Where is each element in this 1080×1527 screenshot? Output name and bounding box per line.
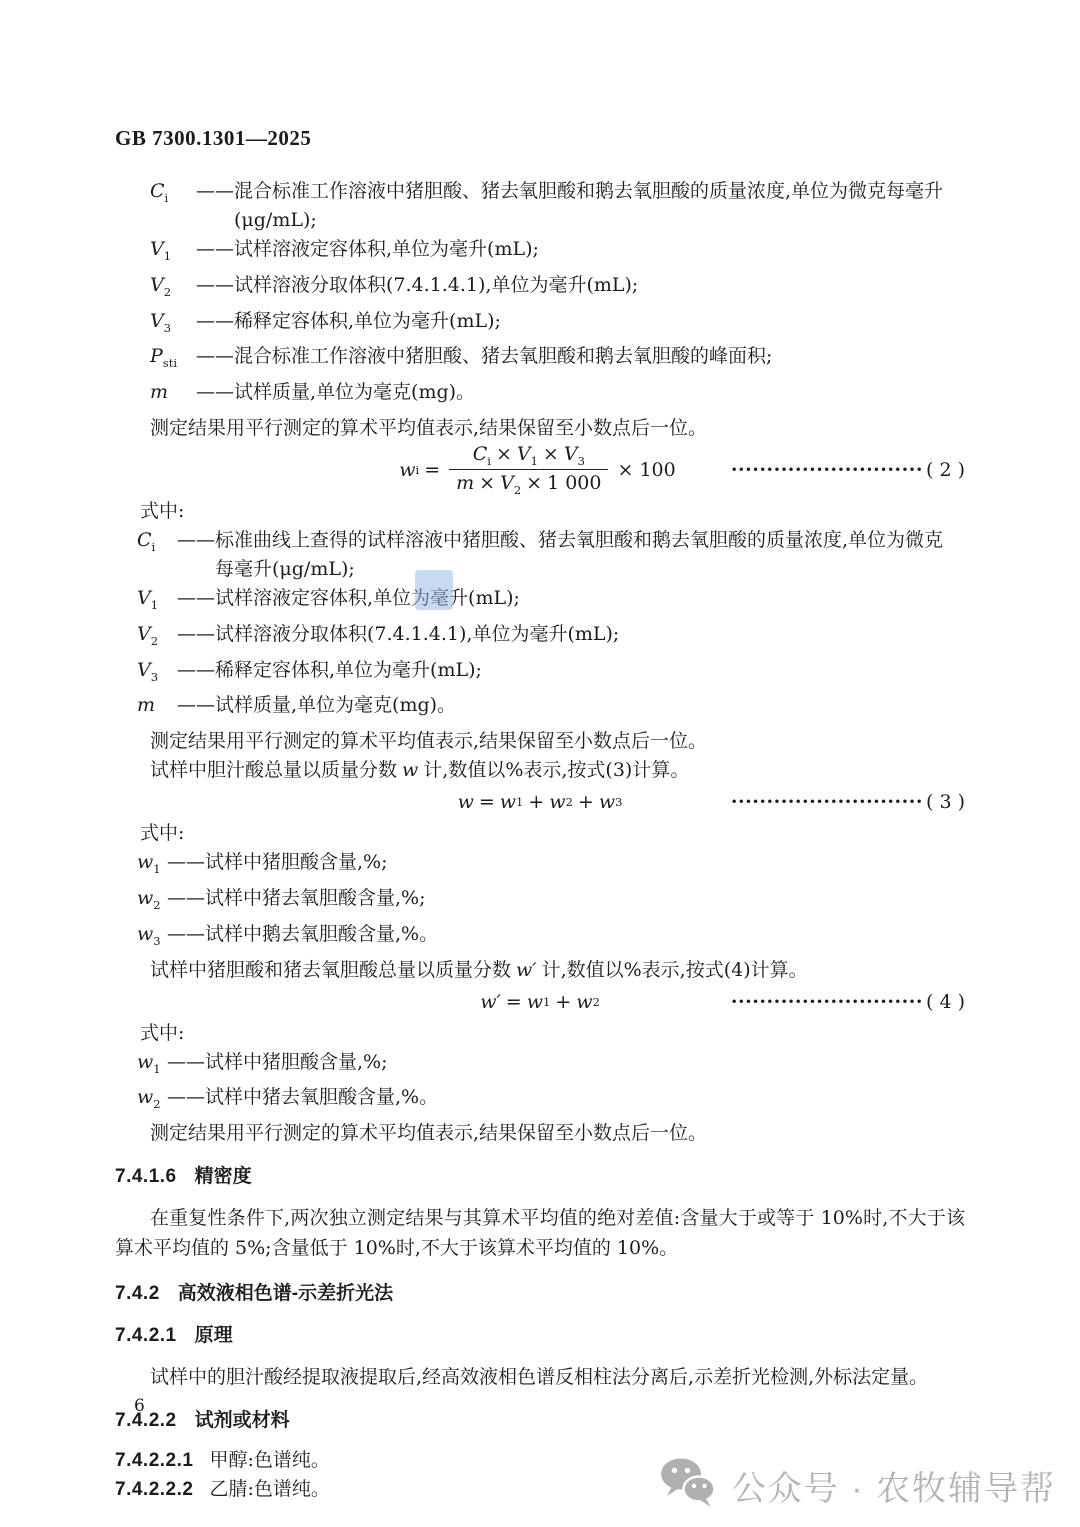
times-sign: × (496, 443, 512, 465)
equals-sign: = (479, 791, 495, 813)
wechat-watermark: 公众号 · 农牧辅导帮 (660, 1458, 1056, 1513)
section-title: 原理 (195, 1325, 233, 1346)
em-dash: —— (177, 584, 215, 620)
section-number: 7.4.2 (115, 1283, 160, 1304)
section-number: 7.4.2.2 (115, 1410, 177, 1431)
symbol-term: Ci (137, 526, 177, 584)
definition-V3: V3 —— 稀释定容体积,单位为毫升(mL); (150, 307, 965, 343)
symbol-term: w1 (137, 1048, 167, 1084)
symbol-base: V (500, 472, 514, 494)
definition-V2: V2 —— 试样溶液分取体积(7.4.1.4.1),单位为毫升(mL); (137, 620, 965, 656)
symbol-term: Psti (150, 342, 196, 378)
definition-w1: w1 —— 试样中猪胆酸含量,%; (137, 848, 965, 884)
formula-4-leader: ···························( 4 ) (731, 991, 965, 1013)
result-average-note-2: 测定结果用平行测定的算术平均值表示,结果保留至小数点后一位。 (115, 727, 965, 756)
definition-text: 试样中猪去氧胆酸含量,%; (205, 884, 965, 920)
symbol-base: m (150, 381, 168, 403)
symbol-sub: i (152, 540, 156, 554)
symbol-base: w (137, 887, 153, 909)
symbol-term: w1 (137, 848, 167, 884)
result-average-note-1: 测定结果用平行测定的算术平均值表示,结果保留至小数点后一位。 (115, 414, 965, 443)
result-average-note-3: 测定结果用平行测定的算术平均值表示,结果保留至小数点后一位。 (115, 1119, 965, 1148)
definition-text: 试样中猪去氧胆酸含量,%。 (205, 1083, 965, 1119)
symbol-sub: sti (163, 356, 177, 370)
symbol-sub: 2 (566, 795, 573, 809)
formula-3: w = w1 + w2 + w3 ·······················… (115, 785, 965, 819)
definition-V1: V1 —— 试样溶液定容体积,单位为毫升(mL); (137, 584, 965, 620)
where-label-2: 式中: (140, 819, 965, 848)
symbol-base: V (137, 659, 151, 681)
symbol-base: V (517, 443, 531, 465)
symbol-base: P (150, 345, 163, 367)
symbol-base: C (137, 529, 152, 551)
dot-leader: ··························· (731, 991, 923, 1013)
definition-Ci: Ci —— 混合标准工作溶液中猪胆酸、猪去氧胆酸和鹅去氧胆酸的质量浓度,单位为微… (150, 177, 965, 235)
formula-2-expression: wi = Ci×V1×V3 m×V2×1 000 × 100 (399, 443, 680, 498)
em-dash: —— (177, 691, 215, 727)
definition-m: m —— 试样质量,单位为毫克(mg)。 (137, 691, 965, 727)
definition-text: 试样溶液分取体积(7.4.1.4.1),单位为毫升(mL); (215, 620, 965, 656)
symbol-base: w (137, 1086, 153, 1108)
em-dash: —— (167, 1048, 205, 1084)
variable-w: w (402, 759, 418, 781)
em-dash: —— (196, 235, 234, 271)
fraction: Ci×V1×V3 m×V2×1 000 (449, 443, 608, 498)
symbol-term: V1 (150, 235, 196, 271)
definition-continuation: (μg/mL); (234, 206, 965, 235)
where-label-3: 式中: (140, 1019, 965, 1048)
item-text: 乙腈:色谱纯。 (209, 1475, 329, 1504)
symbol-term: V3 (137, 656, 177, 692)
formula-lhs: w (399, 459, 415, 481)
equals-sign: = (424, 459, 440, 481)
item-number: 7.4.2.2.1 (115, 1446, 193, 1475)
definition-text: 试样中鹅去氧胆酸含量,%。 (205, 920, 965, 956)
definition-V1: V1 —— 试样溶液定容体积,单位为毫升(mL); (150, 235, 965, 271)
symbol-sub: 2 (153, 898, 160, 912)
symbol-base: w (137, 1051, 153, 1073)
formula-4-number: ( 4 ) (926, 991, 965, 1013)
symbol-base: V (150, 310, 164, 332)
formula-4: w′ = w1 + w2 ···························… (115, 985, 965, 1019)
definition-w2: w2 —— 试样中猪去氧胆酸含量,%; (137, 884, 965, 920)
symbol-term: V2 (150, 271, 196, 307)
dot-leader: ··························· (731, 791, 923, 813)
definition-w3: w3 —— 试样中鹅去氧胆酸含量,%。 (137, 920, 965, 956)
definition-text: 试样中猪胆酸含量,%; (205, 848, 965, 884)
section-7-4-2-2-heading: 7.4.2.2试剂或材料 (115, 1406, 965, 1435)
em-dash: —— (196, 378, 234, 414)
definition-text: 混合标准工作溶液中猪胆酸、猪去氧胆酸和鹅去氧胆酸的质量浓度,单位为微克每毫升(μ… (234, 177, 965, 235)
symbol-sub: 3 (164, 320, 171, 334)
formula-3-expression: w = w1 + w2 + w3 (458, 791, 623, 813)
formula-lhs-sub: i (416, 463, 420, 477)
definition-text: 试样中猪胆酸含量,%; (205, 1048, 965, 1084)
definition-text: 试样质量,单位为毫克(mg)。 (234, 378, 965, 414)
symbol-sub: 1 (153, 1061, 160, 1075)
plus-sign: + (555, 991, 571, 1013)
standard-number: GB 7300.1301—2025 (115, 126, 311, 151)
precision-paragraph: 在重复性条件下,两次独立测定结果与其算术平均值的绝对差值:含量大于或等于 10%… (115, 1203, 965, 1263)
symbol-base: m (137, 694, 155, 716)
total-bile-acid-sentence: 试样中胆汁酸总量以质量分数w计,数值以%表示,按式(3)计算。 (115, 756, 965, 785)
symbol-definitions-block-1: Ci —— 混合标准工作溶液中猪胆酸、猪去氧胆酸和鹅去氧胆酸的质量浓度,单位为微… (115, 177, 965, 414)
definition-V2: V2 —— 试样溶液分取体积(7.4.1.4.1),单位为毫升(mL); (150, 271, 965, 307)
symbol-sub: 2 (151, 634, 158, 648)
em-dash: —— (196, 342, 234, 378)
symbol-base: w (527, 991, 543, 1013)
equals-sign: = (506, 991, 522, 1013)
symbol-base: w (599, 791, 615, 813)
symbol-definitions-block-3: w1 —— 试样中猪胆酸含量,%; w2 —— 试样中猪去氧胆酸含量,%; w3… (115, 848, 965, 955)
definition-text: 试样溶液定容体积,单位为毫升(mL); (215, 584, 965, 620)
em-dash: —— (167, 1083, 205, 1119)
symbol-base: V (564, 443, 578, 465)
section-7-4-2-heading: 7.4.2高效液相色谱-示差折光法 (115, 1279, 965, 1308)
definition-w1: w1 —— 试样中猪胆酸含量,%; (137, 1048, 965, 1084)
symbol-base: V (150, 238, 164, 260)
formula-3-leader: ···························( 3 ) (731, 791, 965, 813)
page-number: 6 (134, 1396, 145, 1416)
symbol-term: V3 (150, 307, 196, 343)
item-number: 7.4.2.2.2 (115, 1475, 193, 1504)
definition-Ci: Ci —— 标准曲线上查得的试样溶液中猪胆酸、猪去氧胆酸和鹅去氧胆酸的质量浓度,… (137, 526, 965, 584)
definition-text: 试样溶液分取体积(7.4.1.4.1),单位为毫升(mL); (234, 271, 965, 307)
constant-1000: 1 000 (547, 472, 601, 494)
em-dash: —— (167, 848, 205, 884)
symbol-sub: 2 (514, 483, 521, 497)
symbol-sub: 1 (543, 995, 550, 1009)
page-content: Ci —— 混合标准工作溶液中猪胆酸、猪去氧胆酸和鹅去氧胆酸的质量浓度,单位为微… (115, 177, 965, 1504)
definition-m: m —— 试样质量,单位为毫克(mg)。 (150, 378, 965, 414)
section-title: 精密度 (195, 1166, 252, 1187)
symbol-term: m (137, 691, 177, 727)
em-dash: —— (177, 656, 215, 692)
symbol-term: m (150, 378, 196, 414)
symbol-sub: 1 (164, 249, 171, 263)
symbol-sub: 1 (151, 598, 158, 612)
sentence-pre: 试样中猪胆酸和猪去氧胆酸总量以质量分数 (150, 959, 511, 981)
symbol-term: w3 (137, 920, 167, 956)
formula-3-number: ( 3 ) (926, 791, 965, 813)
symbol-base: w (137, 923, 153, 945)
definition-text: 试样质量,单位为毫克(mg)。 (215, 691, 965, 727)
formula-lhs: w (458, 791, 474, 813)
formula-2: wi = Ci×V1×V3 m×V2×1 000 × 100 ·········… (115, 443, 965, 497)
symbol-base: w (500, 791, 516, 813)
em-dash: —— (177, 526, 215, 584)
definition-Psti: Psti —— 混合标准工作溶液中猪胆酸、猪去氧胆酸和鹅去氧胆酸的峰面积; (150, 342, 965, 378)
em-dash: —— (167, 920, 205, 956)
definition-text: 试样溶液定容体积,单位为毫升(mL); (234, 235, 965, 271)
symbol-sub: i (165, 191, 169, 205)
wechat-icon (660, 1458, 716, 1513)
sentence-pre: 试样中胆汁酸总量以质量分数 (150, 759, 397, 781)
symbol-base: w (576, 991, 592, 1013)
symbol-base: C (473, 443, 488, 465)
symbol-sub: i (487, 453, 491, 467)
formula-lhs: w′ (480, 991, 501, 1013)
symbol-sub: 3 (578, 453, 585, 467)
symbol-sub: 2 (164, 285, 171, 299)
em-dash: —— (196, 307, 234, 343)
definition-text: 稀释定容体积,单位为毫升(mL); (234, 307, 965, 343)
em-dash: —— (167, 884, 205, 920)
sentence-post: 计,数值以%表示,按式(4)计算。 (542, 959, 808, 981)
times-sign: × (543, 443, 559, 465)
symbol-sub: 2 (592, 995, 599, 1009)
symbol-base: m (456, 472, 474, 494)
symbol-term: w2 (137, 884, 167, 920)
faint-watermark (415, 570, 453, 610)
where-label-1: 式中: (140, 497, 965, 526)
symbol-term: w2 (137, 1083, 167, 1119)
fraction-denominator: m×V2×1 000 (449, 470, 608, 497)
section-title: 高效液相色谱-示差折光法 (178, 1283, 393, 1304)
section-title: 试剂或材料 (195, 1410, 290, 1431)
watermark-text: 公众号 · 农牧辅导帮 (732, 1461, 1056, 1510)
definition-line: 混合标准工作溶液中猪胆酸、猪去氧胆酸和鹅去氧胆酸的质量浓度,单位为微克每毫升 (234, 180, 943, 202)
em-dash: —— (196, 177, 234, 235)
hca-hdca-total-sentence: 试样中猪胆酸和猪去氧胆酸总量以质量分数w′计,数值以%表示,按式(4)计算。 (115, 956, 965, 985)
item-text: 甲醇:色谱纯。 (209, 1446, 329, 1475)
plus-sign: + (528, 791, 544, 813)
section-7-4-1-6-heading: 7.4.1.6精密度 (115, 1162, 965, 1191)
symbol-term: Ci (150, 177, 196, 235)
section-7-4-2-1-heading: 7.4.2.1原理 (115, 1321, 965, 1350)
definition-text: 稀释定容体积,单位为毫升(mL); (215, 656, 965, 692)
times-sign: × (479, 472, 495, 494)
dot-leader: ··························· (731, 459, 923, 481)
symbol-definitions-block-2: Ci —— 标准曲线上查得的试样溶液中猪胆酸、猪去氧胆酸和鹅去氧胆酸的质量浓度,… (115, 526, 965, 727)
symbol-base: V (137, 623, 151, 645)
em-dash: —— (196, 271, 234, 307)
symbol-sub: 3 (153, 934, 160, 948)
symbol-base: V (137, 587, 151, 609)
formula-4-expression: w′ = w1 + w2 (480, 991, 600, 1013)
symbol-sub: 2 (153, 1097, 160, 1111)
definition-continuation: 每毫升(μg/mL); (215, 555, 965, 584)
symbol-term: V1 (137, 584, 177, 620)
principle-paragraph: 试样中的胆汁酸经提取液提取后,经高效液相色谱反相柱法分离后,示差折光检测,外标法… (115, 1363, 965, 1392)
definition-line: 标准曲线上查得的试样溶液中猪胆酸、猪去氧胆酸和鹅去氧胆酸的质量浓度,单位为微克 (215, 529, 943, 551)
section-number: 7.4.2.1 (115, 1325, 177, 1346)
definition-text: 混合标准工作溶液中猪胆酸、猪去氧胆酸和鹅去氧胆酸的峰面积; (234, 342, 965, 378)
em-dash: —— (177, 620, 215, 656)
symbol-base: C (150, 180, 165, 202)
symbol-sub: 1 (153, 862, 160, 876)
plus-sign: + (578, 791, 594, 813)
symbol-sub: 1 (531, 453, 538, 467)
definition-V3: V3 —— 稀释定容体积,单位为毫升(mL); (137, 656, 965, 692)
section-number: 7.4.1.6 (115, 1166, 177, 1187)
symbol-base: V (150, 274, 164, 296)
symbol-sub: 3 (151, 669, 158, 683)
symbol-base: w (549, 791, 565, 813)
symbol-term: V2 (137, 620, 177, 656)
symbol-sub: 3 (615, 795, 622, 809)
formula-2-number: ( 2 ) (926, 459, 965, 481)
definition-text: 标准曲线上查得的试样溶液中猪胆酸、猪去氧胆酸和鹅去氧胆酸的质量浓度,单位为微克每… (215, 526, 965, 584)
fraction-numerator: Ci×V1×V3 (449, 443, 608, 471)
symbol-base: w (137, 851, 153, 873)
sentence-post: 计,数值以%表示,按式(3)计算。 (423, 759, 689, 781)
symbol-definitions-block-4: w1 —— 试样中猪胆酸含量,%; w2 —— 试样中猪去氧胆酸含量,%。 (115, 1048, 965, 1120)
formula-2-leader: ···························( 2 ) (731, 459, 965, 481)
times-100: × 100 (617, 459, 675, 481)
document-page: GB 7300.1301—2025 Ci —— 混合标准工作溶液中猪胆酸、猪去氧… (0, 0, 1080, 1527)
variable-w-prime: w′ (516, 959, 537, 981)
definition-w2: w2 —— 试样中猪去氧胆酸含量,%。 (137, 1083, 965, 1119)
symbol-sub: 1 (516, 795, 523, 809)
times-sign: × (526, 472, 542, 494)
